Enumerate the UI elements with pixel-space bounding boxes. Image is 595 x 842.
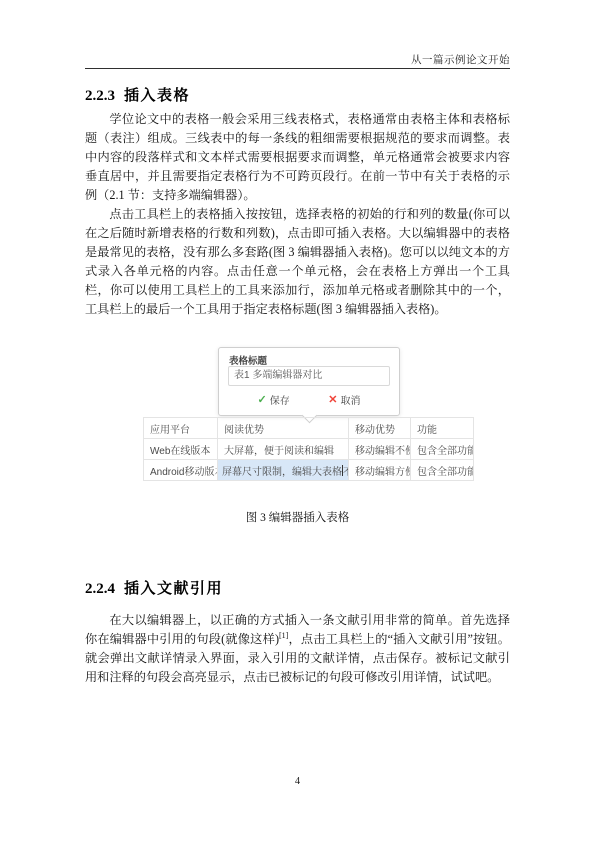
column-header: 功能 [411,418,474,439]
section-heading-insert-table: 2.2.3插入表格 [85,84,190,105]
table-row: Android移动版本 屏幕尺寸限制，编辑大表格不便 移动编辑方便 包含全部功能 [144,460,474,481]
document-page: 从一篇示例论文开始 2.2.3插入表格 学位论文中的表格一般会采用三线表格式，表… [0,0,595,842]
paragraph-citation: 在大以编辑器上，以正确的方式插入一条文献引用非常的简单。首先选择你在编辑器中引用… [85,611,510,687]
selected-cell-text-after: 不便 [343,467,349,478]
page-number: 4 [0,776,595,787]
paragraph-tables-2: 点击工具栏上的表格插入按按钮，选择表格的初始的行和列的数量(你可以在之后随时新增… [85,205,510,319]
table-row: Web在线版本 大屏幕，便于阅读和编辑 移动编辑不便 包含全部功能 [144,439,474,460]
table-title-input: 表1 多端编辑器对比 [228,366,390,386]
paragraph-tables-1: 学位论文中的表格一般会采用三线表格式，表格通常由表格主体和表格标题（表注）组成。… [85,110,510,205]
table-cell: 包含全部功能 [411,460,474,481]
table-cell: 移动编辑不便 [349,439,411,460]
section-title: 插入表格 [124,87,190,104]
running-header: 从一篇示例论文开始 [85,52,510,67]
section-number: 2.2.4 [85,581,115,597]
table-title-popup: 表格标题 表1 多端编辑器对比 ✓ 保存 ✕ 取消 [218,347,400,416]
table-cell: 包含全部功能 [411,439,474,460]
table-title-input-value: 表1 多端编辑器对比 [234,370,322,381]
running-header-text: 从一篇示例论文开始 [411,55,510,66]
selected-cell: 屏幕尺寸限制，编辑大表格不便 [218,460,349,481]
selected-cell-text-before: 屏幕尺寸限制，编辑大表格 [222,467,342,478]
section-heading-insert-citation: 2.2.4插入文献引用 [85,577,223,598]
comparison-table: 应用平台 阅读优势 移动优势 功能 Web在线版本 大屏幕，便于阅读和编辑 移动… [143,417,474,481]
table-cell: Web在线版本 [144,439,218,460]
column-header: 应用平台 [144,418,218,439]
table-header-row: 应用平台 阅读优势 移动优势 功能 [144,418,474,439]
column-header: 移动优势 [349,418,411,439]
popup-actions: ✓ 保存 ✕ 取消 [219,392,399,407]
column-header: 阅读优势 [218,418,349,439]
section-title: 插入文献引用 [124,580,223,597]
table-cell: 移动编辑方便 [349,460,411,481]
cancel-button-label: 取消 [340,392,360,407]
x-icon: ✕ [328,393,337,406]
save-button-label: 保存 [270,392,290,407]
figure-caption: 图 3 编辑器插入表格 [0,509,595,525]
cancel-button: ✕ 取消 [328,392,360,407]
citation-marker: [1] [279,631,288,640]
section-number: 2.2.3 [85,88,115,104]
save-button: ✓ 保存 [258,392,290,407]
header-rule [85,68,510,69]
popup-label: 表格标题 [229,353,267,367]
table-cell: 大屏幕，便于阅读和编辑 [218,439,349,460]
table-cell: Android移动版本 [144,460,218,481]
check-icon: ✓ [258,393,267,406]
